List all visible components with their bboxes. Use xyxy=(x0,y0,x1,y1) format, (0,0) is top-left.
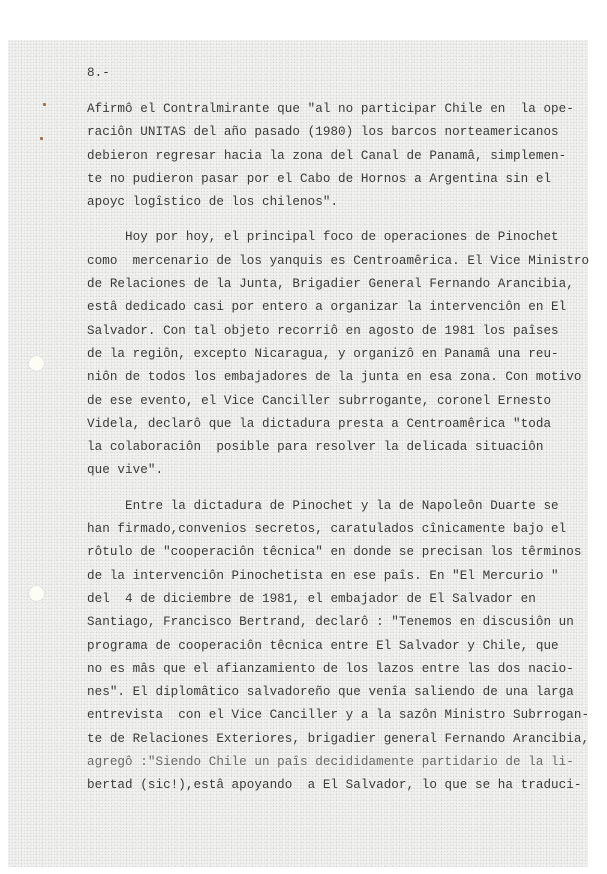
text-line: te de Relaciones Exteriores, brigadier g… xyxy=(87,728,587,751)
text-line: entrevista con el Vice Canciller y a la … xyxy=(87,704,587,727)
text-line: Salvador. Con tal objeto recorriô en ago… xyxy=(87,320,587,343)
text-line: niôn de todos los embajadores de la junt… xyxy=(87,366,587,389)
paragraph-gap xyxy=(87,483,587,495)
text-line: la colaboraciôn posible para resolver la… xyxy=(87,436,587,459)
paragraph: Entre la dictadura de Pinochet y la de N… xyxy=(87,495,587,798)
text-line: estâ dedicado casi por entero a organiza… xyxy=(87,296,587,319)
text-line: del 4 de diciembre de 1981, el embajador… xyxy=(87,588,587,611)
text-line: agregô :"Siendo Chile un paîs decididame… xyxy=(87,751,587,774)
text-line: Videla, declarô que la dictadura presta … xyxy=(87,413,587,436)
text-line: no es mâs que el afianzamiento de los la… xyxy=(87,658,587,681)
text-line: Hoy por hoy, el principal foco de operac… xyxy=(87,226,587,249)
text-line: como mercenario de los yanquis es Centro… xyxy=(87,250,587,273)
paragraph-gap xyxy=(87,214,587,226)
text-line: rôtulo de "cooperaciôn têcnica" en donde… xyxy=(87,541,587,564)
text-line: Entre la dictadura de Pinochet y la de N… xyxy=(87,495,587,518)
text-line: de ese evento, el Vice Canciller subrrog… xyxy=(87,390,587,413)
body-text: Afirmô el Contralmirante que "al no part… xyxy=(87,98,587,798)
text-line: de Relaciones de la Junta, Brigadier Gen… xyxy=(87,273,587,296)
text-line: bertad (sic!),estâ apoyando a El Salvado… xyxy=(87,774,587,797)
punch-hole xyxy=(29,586,44,601)
text-line: Afirmô el Contralmirante que "al no part… xyxy=(87,98,587,121)
text-line: Santiago, Francisco Bertrand, declarô : … xyxy=(87,611,587,634)
text-line: que vive". xyxy=(87,459,587,482)
text-line: han firmado,convenios secretos, caratula… xyxy=(87,518,587,541)
text-line: debieron regresar hacia la zona del Cana… xyxy=(87,145,587,168)
paragraph: Hoy por hoy, el principal foco de operac… xyxy=(87,226,587,482)
text-line: nes". El diplomâtico salvadoreño que ven… xyxy=(87,681,587,704)
text-line: apoyc logîstico de los chilenos". xyxy=(87,191,587,214)
text-line: de la intervenciôn Pinochetista en ese p… xyxy=(87,565,587,588)
paper-speck xyxy=(40,137,43,140)
punch-hole xyxy=(29,356,44,371)
page-number: 8.- xyxy=(87,61,587,85)
text-line: te no pudieron pasar por el Cabo de Horn… xyxy=(87,168,587,191)
paragraph: Afirmô el Contralmirante que "al no part… xyxy=(87,98,587,214)
text-line: raciôn UNITAS del año pasado (1980) los … xyxy=(87,121,587,144)
typewritten-text: 8.- Afirmô el Contralmirante que "al no … xyxy=(87,61,587,798)
paper-speck xyxy=(43,103,46,106)
text-line: programa de cooperaciôn têcnica entre El… xyxy=(87,635,587,658)
text-line: de la regiôn, excepto Nicaragua, y organ… xyxy=(87,343,587,366)
